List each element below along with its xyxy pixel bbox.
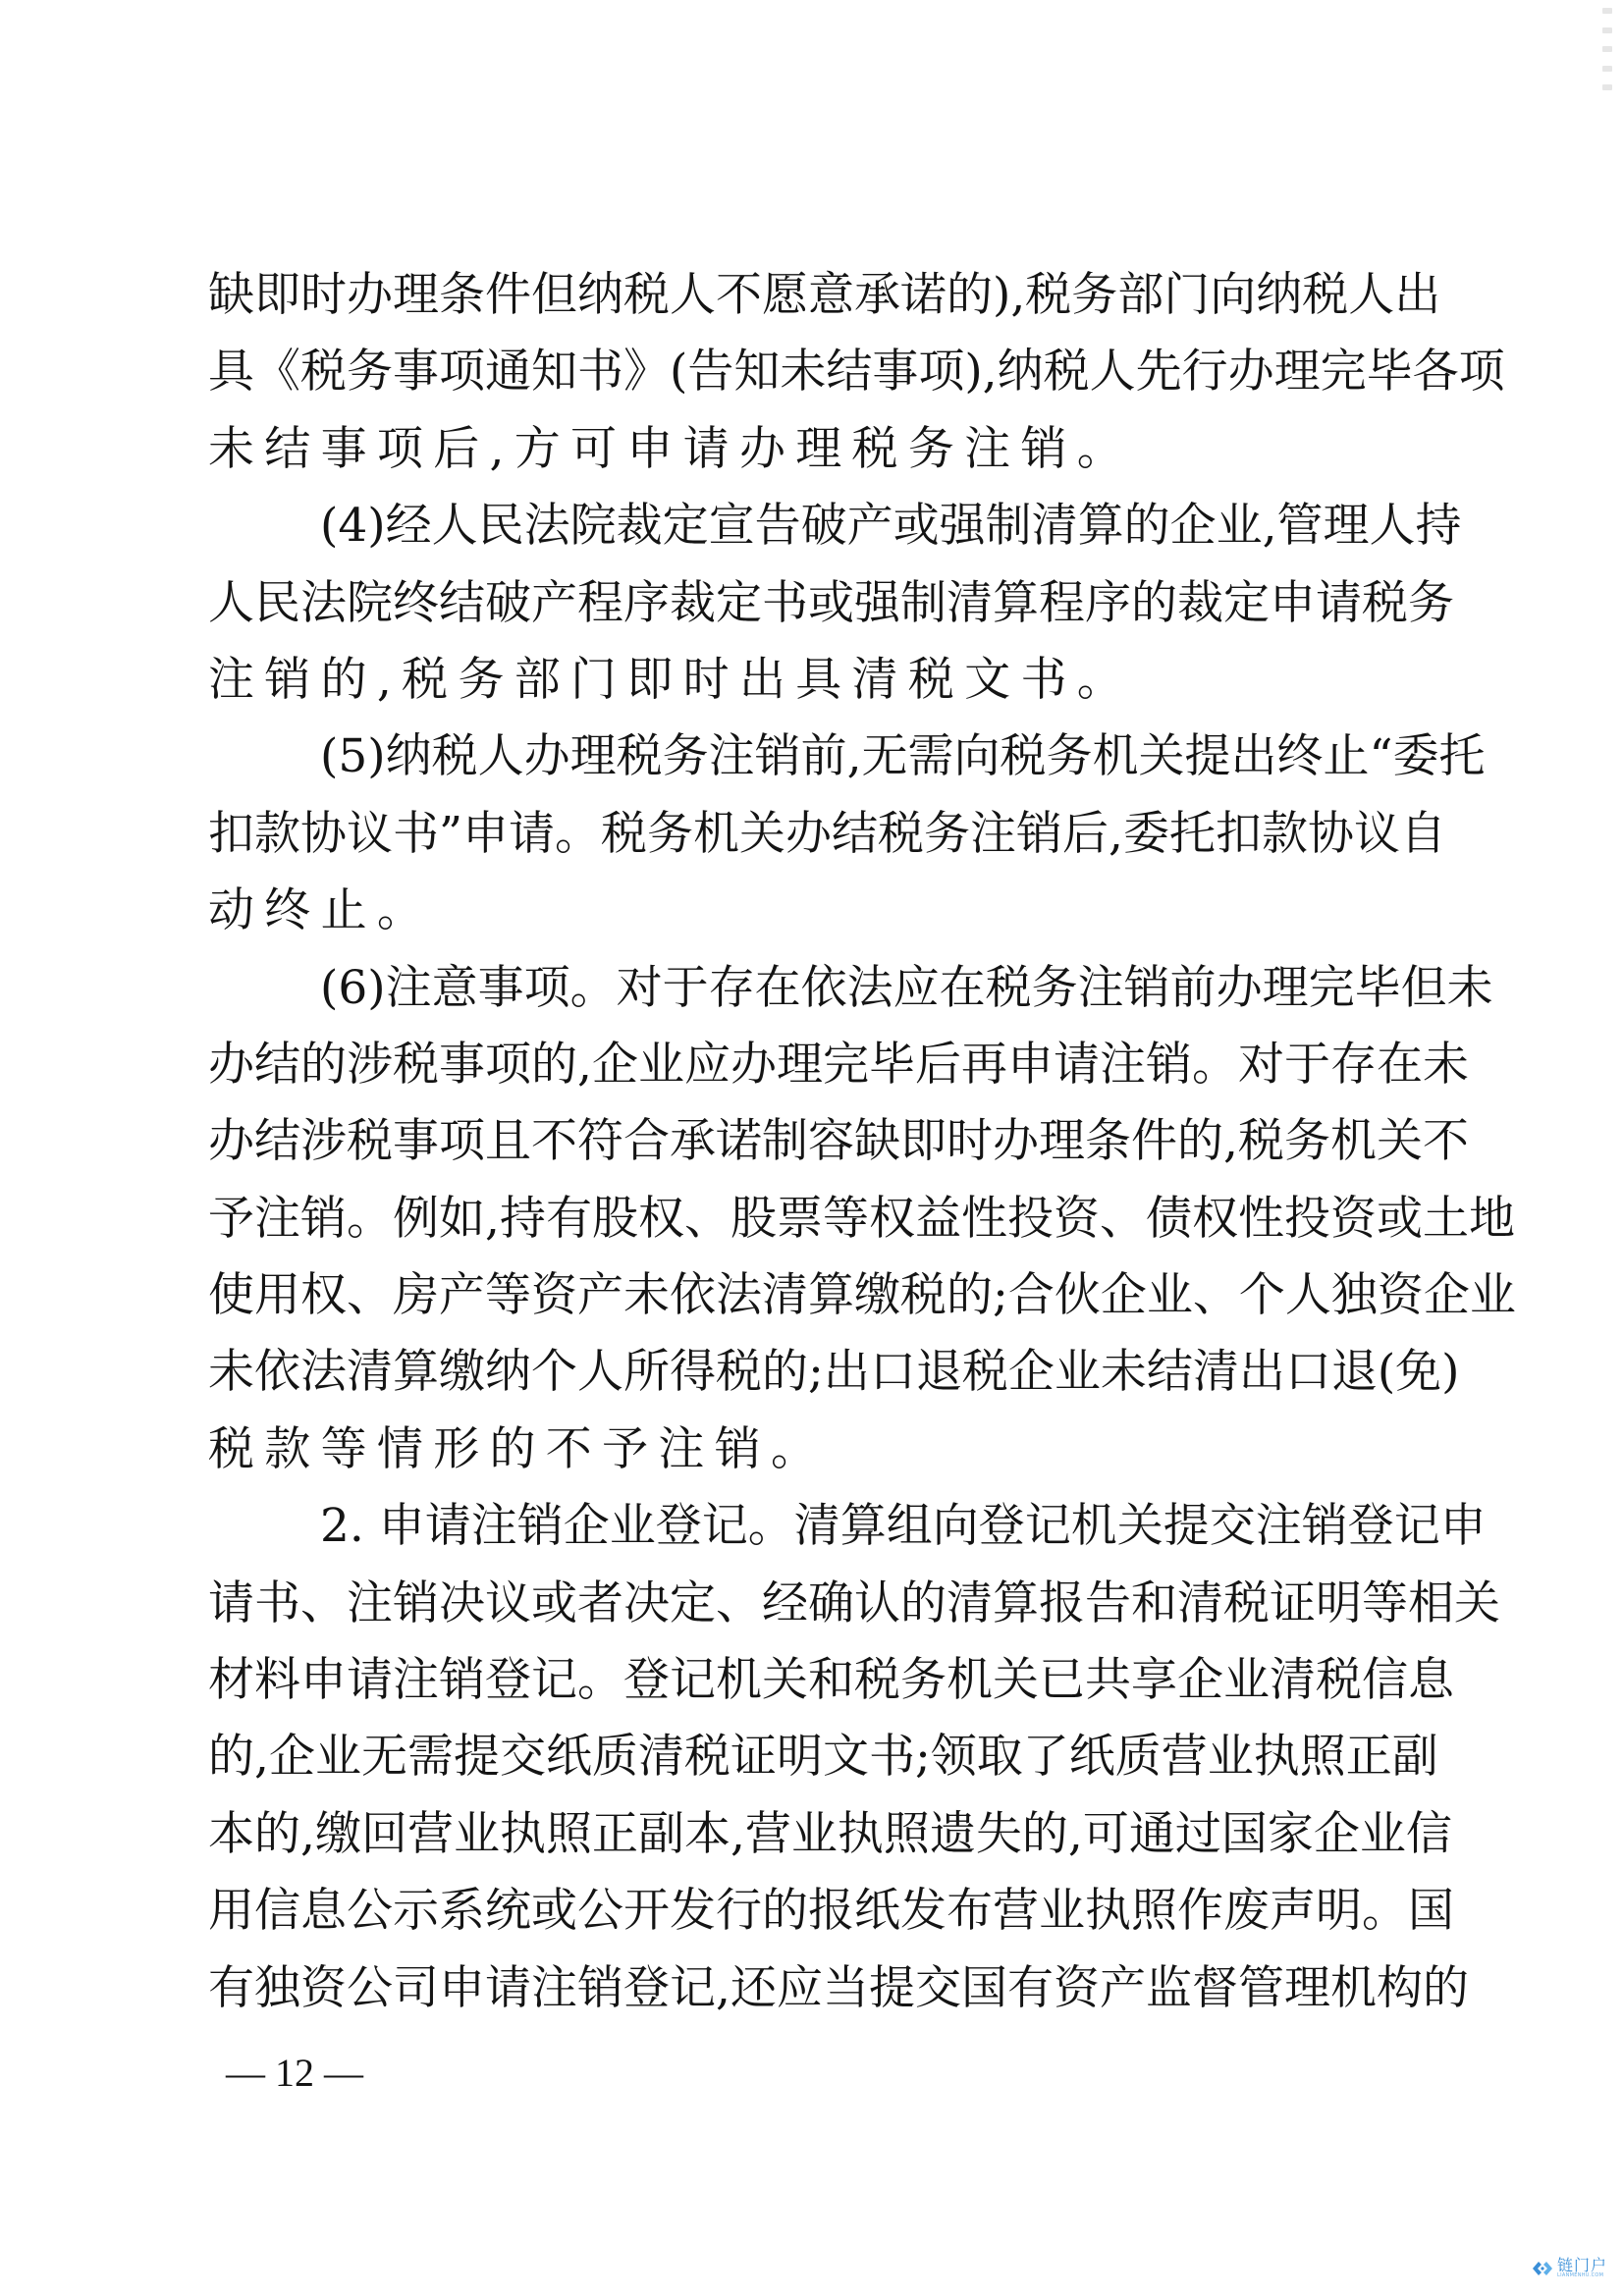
text-line: (6)注意事项。对于存在依法应在税务注销前办理完毕但未	[208, 950, 1390, 1027]
margin-mark	[1602, 84, 1612, 90]
scan-margin-marks	[1597, 8, 1617, 90]
text-line: 扣款协议书”申请。税务机关办结税务注销后,委托扣款协议自	[208, 796, 1390, 873]
text-line: 办结涉税事项且不符合承诺制容缺即时办理条件的,税务机关不	[208, 1103, 1390, 1180]
text-line: 动终止。	[208, 873, 1390, 949]
margin-mark	[1602, 66, 1612, 72]
text-line: 未结事项后,方可申请办理税务注销。	[208, 411, 1390, 488]
text-line: 税款等情形的不予注销。	[208, 1412, 1390, 1488]
text-line: 请书、注销决议或者决定、经确认的清算报告和清税证明等相关	[208, 1566, 1390, 1642]
page-number: — 12 —	[226, 2050, 363, 2096]
watermark-logo: 链门户 LIANMENHU.COM	[1532, 2258, 1607, 2278]
text-line: 予注销。例如,持有股权、股票等权益性投资、债权性投资或土地	[208, 1181, 1390, 1257]
text-line: 本的,缴回营业执照正副本,营业执照遗失的,可通过国家企业信	[208, 1796, 1390, 1873]
text-line: 具《税务事项通知书》(告知未结事项),纳税人先行办理完毕各项	[208, 334, 1390, 410]
text-line: 材料申请注销登记。登记机关和税务机关已共享企业清税信息	[208, 1642, 1390, 1719]
document-body: 缺即时办理条件但纳税人不愿意承诺的),税务部门向纳税人出 具《税务事项通知书》(…	[208, 257, 1390, 2027]
text-line: 办结的涉税事项的,企业应办理完毕后再申请注销。对于存在未	[208, 1027, 1390, 1103]
text-line: 的,企业无需提交纸质清税证明文书;领取了纸质营业执照正副	[208, 1719, 1390, 1795]
text-line: 人民法院终结破产程序裁定书或强制清算程序的裁定申请税务	[208, 565, 1390, 642]
text-line: 使用权、房产等资产未依法清算缴税的;合伙企业、个人独资企业	[208, 1257, 1390, 1334]
document-page: 缺即时办理条件但纳税人不愿意承诺的),税务部门向纳税人出 具《税务事项通知书》(…	[0, 0, 1623, 2296]
text-line: 缺即时办理条件但纳税人不愿意承诺的),税务部门向纳税人出	[208, 257, 1390, 334]
brand-diamond-icon	[1532, 2260, 1553, 2277]
margin-mark	[1602, 27, 1612, 33]
margin-mark	[1602, 46, 1612, 52]
brand-name: 链门户	[1557, 2258, 1607, 2273]
text-line: (5)纳税人办理税务注销前,无需向税务机关提出终止“委托	[208, 719, 1390, 795]
text-line: (4)经人民法院裁定宣告破产或强制清算的企业,管理人持	[208, 488, 1390, 564]
brand-url: LIANMENHU.COM	[1557, 2273, 1607, 2278]
margin-mark	[1602, 8, 1612, 14]
text-line: 2. 申请注销企业登记。清算组向登记机关提交注销登记申	[208, 1488, 1390, 1565]
text-line: 有独资公司申请注销登记,还应当提交国有资产监督管理机构的	[208, 1950, 1390, 2027]
text-line: 未依法清算缴纳个人所得税的;出口退税企业未结清出口退(免)	[208, 1334, 1390, 1411]
text-line: 用信息公示系统或公开发行的报纸发布营业执照作废声明。国	[208, 1873, 1390, 1949]
text-line: 注销的,税务部门即时出具清税文书。	[208, 642, 1390, 719]
